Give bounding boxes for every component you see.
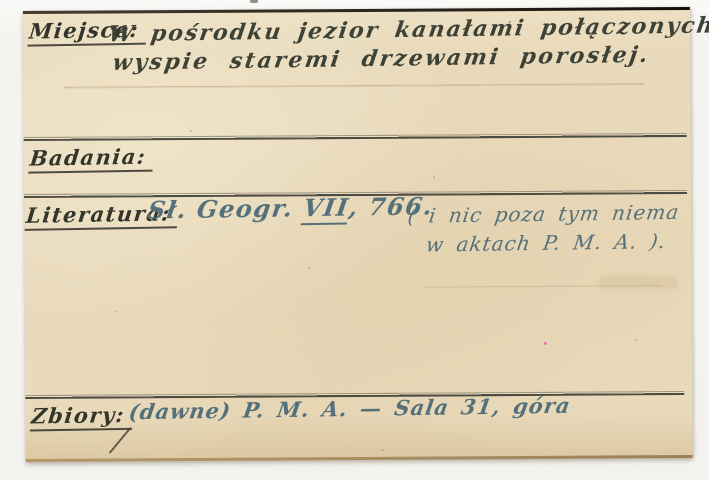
miejsce-handwriting-line2: wyspie staremi drzewami porosłej. <box>111 42 652 76</box>
zbiory-handwriting: (dawne) P. M. A. — Sala 31, góra <box>127 393 572 425</box>
faint-guide-line <box>63 83 644 89</box>
pink-speck <box>544 342 547 345</box>
pen-stroke-flourish <box>109 427 132 454</box>
section-divider-badania <box>24 133 687 141</box>
literatura-note-line1: ( i nic poza tym niema <box>406 200 681 228</box>
paper-show-through <box>600 275 678 289</box>
literatura-ref-prefix: Sł. Geogr. <box>146 193 306 224</box>
literatura-reference: Sł. Geogr. VII, 766. <box>146 191 436 224</box>
scan-background: Miejsce: W pośrodku jezior kanałami połą… <box>0 0 709 480</box>
literatura-ref-volume: VII <box>301 193 351 226</box>
index-card: Miejsce: W pośrodku jezior kanałami połą… <box>23 7 693 462</box>
field-label-badania: Badania: <box>28 144 155 174</box>
paper-specks <box>23 11 25 13</box>
field-label-zbiory: Zbiory: <box>30 402 135 432</box>
scan-edge-notch <box>250 0 258 3</box>
literatura-note-line2: w aktach P. M. A. ). <box>424 229 667 257</box>
